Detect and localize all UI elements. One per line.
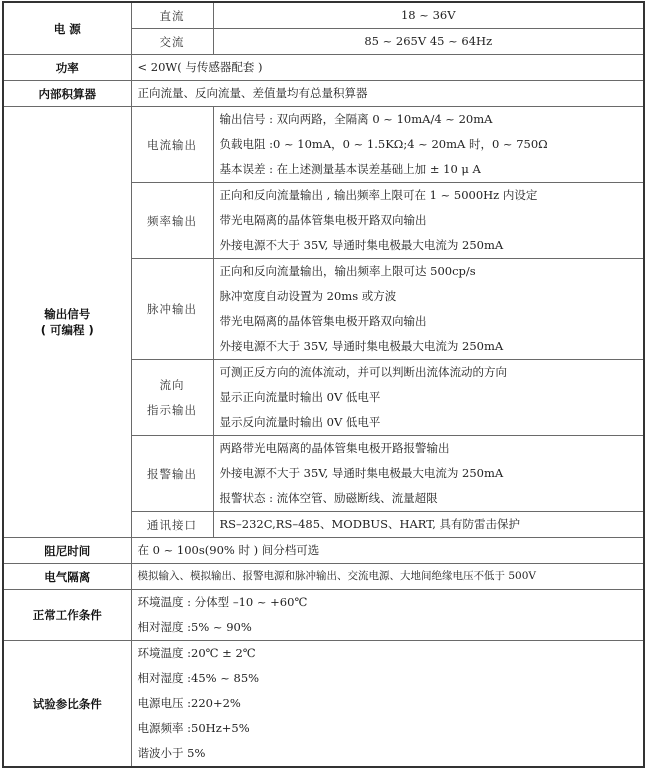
dc-value-text: 18 ~ 36V	[220, 3, 638, 28]
reference-conditions-line: 电源频率 :50Hz+5%	[138, 716, 638, 741]
frequency-output-values: 正向和反向流量输出 , 输出频率上限可在 1 ~ 5000Hz 内设定 带光电隔…	[213, 183, 644, 259]
alarm-output-line: 报警状态 : 流体空管、励磁断线、流量超限	[220, 486, 638, 511]
isolation-label: 电气隔离	[3, 564, 131, 590]
damping-value: 在 0 ~ 100s(90% 时 ) 间分档可选	[131, 538, 644, 564]
ac-label: 交流	[131, 29, 213, 55]
dc-label: 直流	[131, 2, 213, 29]
isolation-value: 模拟输入、模拟输出、报警电源和脉冲输出、交流电源、大地间绝缘电压不低于 500V	[131, 564, 644, 590]
normal-conditions-label: 正常工作条件	[3, 590, 131, 641]
totalizer-value-text: 正向流量、反向流量、差值量均有总量积算器	[138, 81, 638, 106]
power-value: < 20W( 与传感器配套 )	[131, 55, 644, 81]
direction-output-label-line1: 流向	[138, 373, 207, 398]
reference-conditions-line: 谐波小于 5%	[138, 741, 638, 766]
normal-conditions-values: 环境温度 : 分体型 –10 ~ +60℃ 相对湿度 :5% ~ 90%	[131, 590, 644, 641]
ac-value: 85 ~ 265V 45 ~ 64Hz	[213, 29, 644, 55]
current-output-values: 输出信号 : 双向两路，全隔离 0 ~ 10mA/4 ~ 20mA 负载电阻 :…	[213, 107, 644, 183]
alarm-output-line: 两路带光电隔离的晶体管集电极开路报警输出	[220, 436, 638, 461]
frequency-output-line: 带光电隔离的晶体管集电极开路双向输出	[220, 208, 638, 233]
direction-output-line: 显示反向流量时输出 0V 低电平	[220, 410, 638, 435]
row-normal-conditions: 正常工作条件 环境温度 : 分体型 –10 ~ +60℃ 相对湿度 :5% ~ …	[3, 590, 644, 641]
ac-value-text: 85 ~ 265V 45 ~ 64Hz	[220, 29, 638, 54]
direction-output-label-line2: 指示输出	[138, 398, 207, 423]
output-signal-label-line2: ( 可编程 )	[10, 322, 125, 338]
pulse-output-label: 脉冲输出	[131, 259, 213, 360]
current-output-line: 负载电阻 :0 ~ 10mA，0 ~ 1.5KΩ;4 ~ 20mA 时，0 ~ …	[220, 132, 638, 157]
spec-table: 电 源 直流 18 ~ 36V 交流 85 ~ 265V 45 ~ 64Hz 功…	[2, 1, 645, 768]
current-output-label: 电流输出	[131, 107, 213, 183]
current-output-line: 输出信号 : 双向两路，全隔离 0 ~ 10mA/4 ~ 20mA	[220, 107, 638, 132]
frequency-output-label: 频率输出	[131, 183, 213, 259]
dc-value: 18 ~ 36V	[213, 2, 644, 29]
output-signal-label-line1: 输出信号	[10, 306, 125, 322]
power-value-text: < 20W( 与传感器配套 )	[138, 55, 638, 80]
reference-conditions-line: 相对湿度 :45% ~ 85%	[138, 666, 638, 691]
reference-conditions-line: 环境温度 :20℃ ± 2℃	[138, 641, 638, 666]
direction-output-line: 可测正反方向的流体流动，并可以判断出流体流动的方向	[220, 360, 638, 385]
power-supply-label: 电 源	[3, 2, 131, 55]
current-output-line: 基本误差 : 在上述测量基本误差基础上加 ± 10 μ A	[220, 157, 638, 182]
totalizer-label: 内部积算器	[3, 81, 131, 107]
direction-output-line: 显示正向流量时输出 0V 低电平	[220, 385, 638, 410]
row-isolation: 电气隔离 模拟输入、模拟输出、报警电源和脉冲输出、交流电源、大地间绝缘电压不低于…	[3, 564, 644, 590]
alarm-output-line: 外接电源不大于 35V, 导通时集电极最大电流为 250mA	[220, 461, 638, 486]
isolation-value-text: 模拟输入、模拟输出、报警电源和脉冲输出、交流电源、大地间绝缘电压不低于 500V	[138, 564, 638, 589]
normal-conditions-line: 相对湿度 :5% ~ 90%	[138, 615, 638, 640]
pulse-output-line: 正向和反向流量输出，输出频率上限可达 500cp/s	[220, 259, 638, 284]
direction-output-label: 流向 指示输出	[131, 360, 213, 436]
direction-output-values: 可测正反方向的流体流动，并可以判断出流体流动的方向 显示正向流量时输出 0V 低…	[213, 360, 644, 436]
power-label: 功率	[3, 55, 131, 81]
output-signal-label: 输出信号 ( 可编程 )	[3, 107, 131, 538]
row-power: 功率 < 20W( 与传感器配套 )	[3, 55, 644, 81]
comm-interface-value: RS–232C,RS–485、MODBUS、HART, 具有防雷击保护	[213, 512, 644, 538]
reference-conditions-label: 试验参比条件	[3, 641, 131, 768]
row-totalizer: 内部积算器 正向流量、反向流量、差值量均有总量积算器	[3, 81, 644, 107]
totalizer-value: 正向流量、反向流量、差值量均有总量积算器	[131, 81, 644, 107]
damping-value-text: 在 0 ~ 100s(90% 时 ) 间分档可选	[138, 538, 638, 563]
pulse-output-line: 外接电源不大于 35V, 导通时集电极最大电流为 250mA	[220, 334, 638, 359]
row-current-output: 输出信号 ( 可编程 ) 电流输出 输出信号 : 双向两路，全隔离 0 ~ 10…	[3, 107, 644, 183]
pulse-output-values: 正向和反向流量输出，输出频率上限可达 500cp/s 脉冲宽度自动设置为 20m…	[213, 259, 644, 360]
alarm-output-values: 两路带光电隔离的晶体管集电极开路报警输出 外接电源不大于 35V, 导通时集电极…	[213, 436, 644, 512]
frequency-output-line: 外接电源不大于 35V, 导通时集电极最大电流为 250mA	[220, 233, 638, 258]
row-reference-conditions: 试验参比条件 环境温度 :20℃ ± 2℃ 相对湿度 :45% ~ 85% 电源…	[3, 641, 644, 768]
comm-interface-label: 通讯接口	[131, 512, 213, 538]
pulse-output-line: 脉冲宽度自动设置为 20ms 或方波	[220, 284, 638, 309]
reference-conditions-line: 电源电压 :220+2%	[138, 691, 638, 716]
reference-conditions-values: 环境温度 :20℃ ± 2℃ 相对湿度 :45% ~ 85% 电源电压 :220…	[131, 641, 644, 768]
normal-conditions-line: 环境温度 : 分体型 –10 ~ +60℃	[138, 590, 638, 615]
alarm-output-label: 报警输出	[131, 436, 213, 512]
comm-interface-text: RS–232C,RS–485、MODBUS、HART, 具有防雷击保护	[220, 512, 638, 537]
row-power-supply-dc: 电 源 直流 18 ~ 36V	[3, 2, 644, 29]
damping-label: 阻尼时间	[3, 538, 131, 564]
pulse-output-line: 带光电隔离的晶体管集电极开路双向输出	[220, 309, 638, 334]
row-damping: 阻尼时间 在 0 ~ 100s(90% 时 ) 间分档可选	[3, 538, 644, 564]
frequency-output-line: 正向和反向流量输出 , 输出频率上限可在 1 ~ 5000Hz 内设定	[220, 183, 638, 208]
